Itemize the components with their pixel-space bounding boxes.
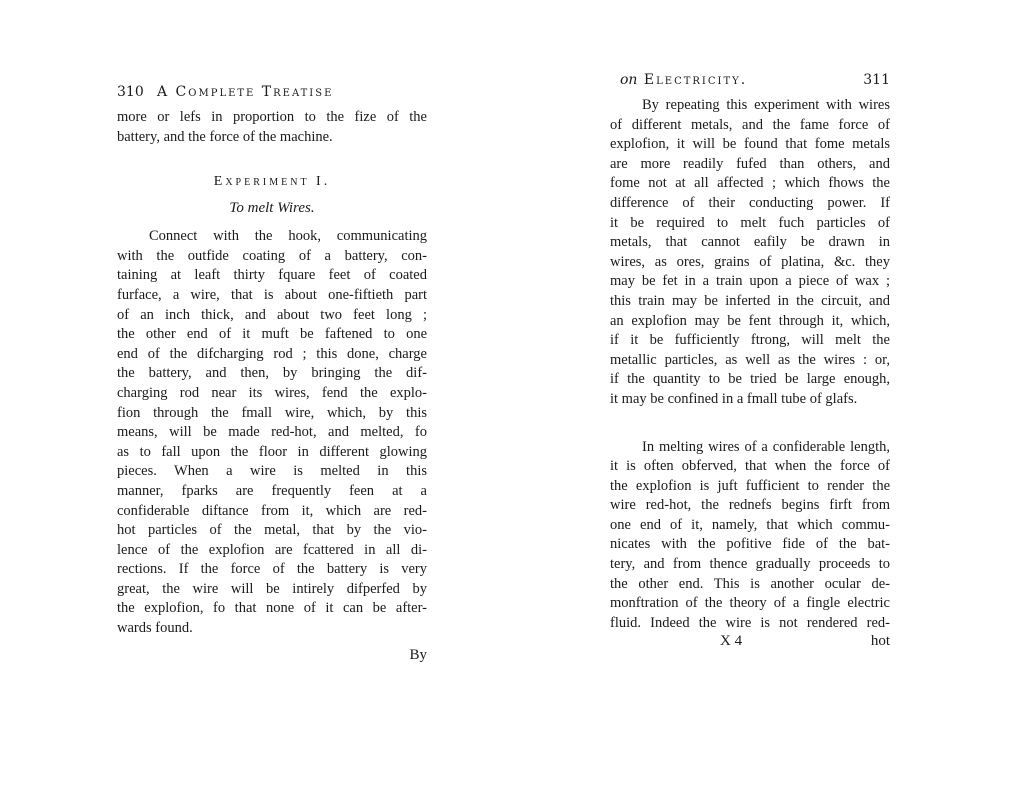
text-line: may be fet in a train upon a piece of wa…: [610, 272, 890, 292]
running-head-title: A Complete Treatise: [157, 84, 333, 100]
signature-mark: X 4: [720, 633, 742, 650]
text-line: tery, and from thence gradually proceeds…: [610, 555, 890, 575]
text-line: it may be confined in a fmall tube of gl…: [610, 390, 890, 410]
running-head-prefix: on: [620, 72, 637, 88]
paragraph: Connect with the hook, communicatingwith…: [117, 227, 427, 638]
text-line: explofion, it will be found that fome me…: [610, 135, 890, 155]
text-line: wire red-hot, the rednefs begins firft f…: [610, 496, 890, 516]
text-line: the battery, and then, by bringing the d…: [117, 364, 427, 384]
catchword: By: [409, 647, 427, 664]
text-line: are more readily fufed than others, and: [610, 155, 890, 175]
left-running-head: 310 A Complete Treatise: [117, 84, 427, 108]
text-line: nicates with the pofitive fide of the ba…: [610, 535, 890, 555]
text-line: it be required to melt fuch particles of: [610, 214, 890, 234]
page-number: 310: [117, 84, 144, 100]
text-line: fome not at all affected ; which fhows t…: [610, 174, 890, 194]
text-line: it is often obferved, that when the forc…: [610, 457, 890, 477]
text-line: if the quantity to be tried be large eno…: [610, 370, 890, 390]
text-line: difference of their conducting power. If: [610, 194, 890, 214]
text-line: means, will be made red-hot, and melted,…: [117, 423, 427, 443]
text-line: taining at leaft thirty fquare feet of c…: [117, 266, 427, 286]
text-line: metals, that cannot eafily be drawn in: [610, 233, 890, 253]
right-running-head: on Electricity. 311: [610, 72, 890, 96]
text-line: manner, fparks are frequently feen at a: [117, 482, 427, 502]
text-line: the explofion, fo that none of it can be…: [117, 599, 427, 619]
text-line: as to fall upon the floor in different g…: [117, 443, 427, 463]
text-line: the other end. This is another ocular de…: [610, 575, 890, 595]
text-line: this train may be inferted in the circui…: [610, 292, 890, 312]
paragraph: In melting wires of a confiderable lengt…: [610, 438, 890, 634]
text-line: great, the wire will be intirely difperf…: [117, 580, 427, 600]
text-line: furface, a wire, that is about one-fifti…: [117, 286, 427, 306]
text-line: end of the difcharging rod ; this done, …: [117, 345, 427, 365]
text-line: the explofion is juft fufficient to rend…: [610, 477, 890, 497]
catchword-row: By: [117, 647, 427, 667]
experiment-subheading: To melt Wires.: [117, 195, 427, 221]
text-line: In melting wires of a confiderable lengt…: [610, 438, 890, 458]
signature-row: X 4 hot: [610, 633, 890, 653]
text-line: more or lefs in proportion to the fize o…: [117, 108, 427, 128]
text-line: hot particles of the metal, that by the …: [117, 521, 427, 541]
text-line: the other end of it muft be faftened to …: [117, 325, 427, 345]
paragraph: more or lefs in proportion to the fize o…: [117, 108, 427, 147]
text-line: metallic particles, as well as the wires…: [610, 351, 890, 371]
right-page: on Electricity. 311 By repeating this ex…: [610, 72, 890, 653]
text-line: rections. If the force of the battery is…: [117, 560, 427, 580]
text-line: charging rod near its wires, fend the ex…: [117, 384, 427, 404]
text-line: wires, as ores, grains of platina, &c. t…: [610, 253, 890, 273]
page-number: 311: [863, 72, 890, 88]
text-line: pieces. When a wire is melted in this: [117, 462, 427, 482]
text-line: confiderable diftance from it, which are…: [117, 502, 427, 522]
text-line: By repeating this experiment with wires: [610, 96, 890, 116]
text-line: one end of it, namely, that which commu-: [610, 516, 890, 536]
text-line: battery, and the force of the machine.: [117, 128, 427, 148]
paragraph: By repeating this experiment with wireso…: [610, 96, 890, 410]
text-line: wards found.: [117, 619, 427, 639]
text-line: Connect with the hook, communicating: [117, 227, 427, 247]
experiment-heading: Experiment I.: [117, 169, 427, 195]
text-line: of different metals, and the fame force …: [610, 116, 890, 136]
catchword: hot: [871, 633, 890, 650]
text-line: monftration of the theory of a fingle el…: [610, 594, 890, 614]
text-line: with the outfide coating of a battery, c…: [117, 247, 427, 267]
left-page: 310 A Complete Treatise more or lefs in …: [117, 84, 427, 667]
text-line: fion through the fmall wire, which, by t…: [117, 404, 427, 424]
text-line: if it be fufficiently ftrong, will melt …: [610, 331, 890, 351]
text-line: of an inch thick, and about two feet lon…: [117, 306, 427, 326]
text-line: lence of the explofion are fcattered in …: [117, 541, 427, 561]
text-line: fluid. Indeed the wire is not rendered r…: [610, 614, 890, 634]
running-head-title: on Electricity.: [620, 72, 747, 88]
text-line: an explofion may be fent through it, whi…: [610, 312, 890, 332]
